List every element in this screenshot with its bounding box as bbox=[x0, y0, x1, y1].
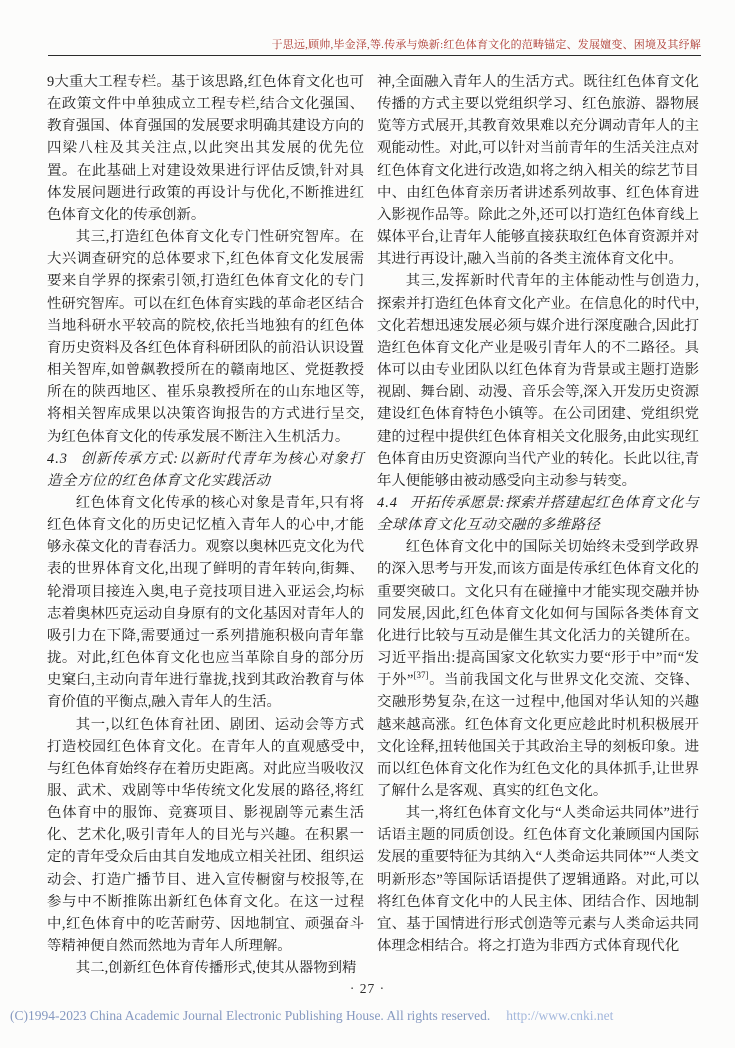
footer: (C)1994-2023 China Academic Journal Elec… bbox=[10, 1008, 729, 1024]
left-column: 9大重大工程专栏。基于该思路,红色体育文化也可在政策文件中单独成立工程专栏,结合… bbox=[47, 71, 364, 979]
right-column: 神,全面融入青年人的生活方式。既往红色体育文化传播的方式主要以党组织学习、红色旅… bbox=[377, 71, 699, 957]
paragraph-text: 。当前我国文化与世界文化交流、交锋、交融形势复杂,在这一过程中,他国对华认知的兴… bbox=[377, 672, 699, 799]
section-title: 创新传承方式:以新时代青年为核心对象打造全方位的红色体育文化实践活动 bbox=[47, 451, 364, 489]
paragraph: 其三,发挥新时代青年的主体能动性与创造力,探索并打造红色体育文化产业。在信息化的… bbox=[377, 270, 699, 492]
section-title: 开拓传承愿景:探索并搭建起红色体育文化与全球体育文化互动交融的多维路径 bbox=[377, 495, 699, 533]
page-number: · 27 · bbox=[0, 981, 735, 997]
citation-ref-37: [37] bbox=[413, 670, 428, 680]
paragraph: 其一,将红色体育文化与“人类命运共同体”进行话语主题的同质创设。红色体育文化兼顾… bbox=[377, 802, 699, 957]
section-number: 4.4 bbox=[377, 495, 398, 511]
running-header: 于思远,顾帅,毕金泽,等.传承与焕新:红色体育文化的范畴锚定、发展嬗变、困境及其… bbox=[48, 36, 701, 52]
journal-page: 于思远,顾帅,毕金泽,等.传承与焕新:红色体育文化的范畴锚定、发展嬗变、困境及其… bbox=[0, 0, 735, 1048]
section-heading-4-4: 4.4开拓传承愿景:探索并搭建起红色体育文化与全球体育文化互动交融的多维路径 bbox=[377, 492, 699, 536]
section-heading-4-3: 4.3创新传承方式:以新时代青年为核心对象打造全方位的红色体育文化实践活动 bbox=[47, 448, 364, 492]
paragraph: 红色体育文化中的国际关切始终未受到学政界的深入思考与开发,而该方面是传承红色体育… bbox=[377, 536, 699, 802]
header-rule bbox=[48, 55, 701, 56]
paragraph: 其一,以红色体育社团、剧团、运动会等方式打造校园红色体育文化。在青年人的直观感受… bbox=[47, 714, 364, 958]
paragraph: 其二,创新红色体育传播形式,使其从器物到精 bbox=[47, 957, 364, 979]
paragraph-text: 红色体育文化中的国际关切始终未受到学政界的深入思考与开发,而该方面是传承红色体育… bbox=[377, 539, 699, 688]
copyright-notice: (C)1994-2023 China Academic Journal Elec… bbox=[10, 1008, 490, 1023]
section-number: 4.3 bbox=[47, 451, 68, 467]
paragraph: 红色体育文化传承的核心对象是青年,只有将红色体育文化的历史记忆植入青年人的心中,… bbox=[47, 492, 364, 714]
paragraph: 神,全面融入青年人的生活方式。既往红色体育文化传播的方式主要以党组织学习、红色旅… bbox=[377, 71, 699, 270]
paragraph: 9大重大工程专栏。基于该思路,红色体育文化也可在政策文件中单独成立工程专栏,结合… bbox=[47, 71, 364, 226]
paragraph: 其三,打造红色体育文化专门性研究智库。在大兴调查研究的总体要求下,红色体育文化发… bbox=[47, 226, 364, 448]
cnki-link[interactable]: http://www.cnki.net bbox=[506, 1008, 613, 1023]
running-title: 于思远,顾帅,毕金泽,等.传承与焕新:红色体育文化的范畴锚定、发展嬗变、困境及其… bbox=[272, 39, 701, 51]
